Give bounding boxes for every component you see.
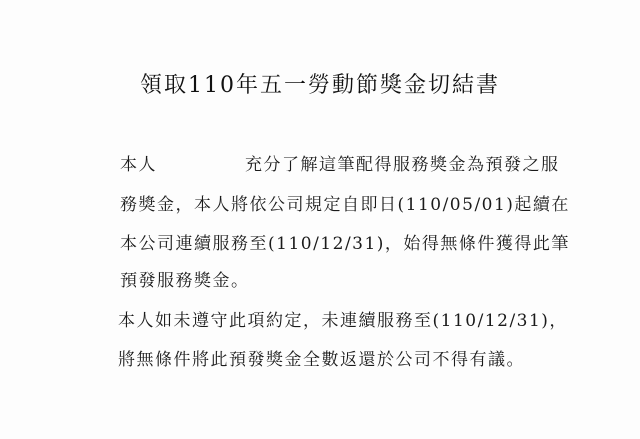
document-title: 領取110年五一勞動節獎金切結書 xyxy=(0,68,640,99)
paragraph-1-line-3: 本公司連續服務至(110/12/31)，始得無條件獲得此筆 xyxy=(120,229,570,254)
paragraph-1-line-4: 預發服務獎金。 xyxy=(120,266,250,291)
paragraph-1-line-1-text: 充分了解這筆配得服務獎金為預發之服 xyxy=(245,155,560,175)
paragraph-2-line-1: 本人如未遵守此項約定，未連續服務至(110/12/31)， xyxy=(118,306,568,331)
paragraph-1-line-1: 本人充分了解這筆配得服務獎金為預發之服 xyxy=(120,150,560,175)
paragraph-1-line-2: 務獎金，本人將依公司規定自即日(110/05/01)起續在 xyxy=(120,190,570,215)
paragraph-2-line-2: 將無條件將此預發獎金全數返還於公司不得有議。 xyxy=(118,345,525,370)
document-page: 領取110年五一勞動節獎金切結書 本人充分了解這筆配得服務獎金為預發之服 務獎金… xyxy=(0,0,640,439)
self-label: 本人 xyxy=(120,155,157,175)
